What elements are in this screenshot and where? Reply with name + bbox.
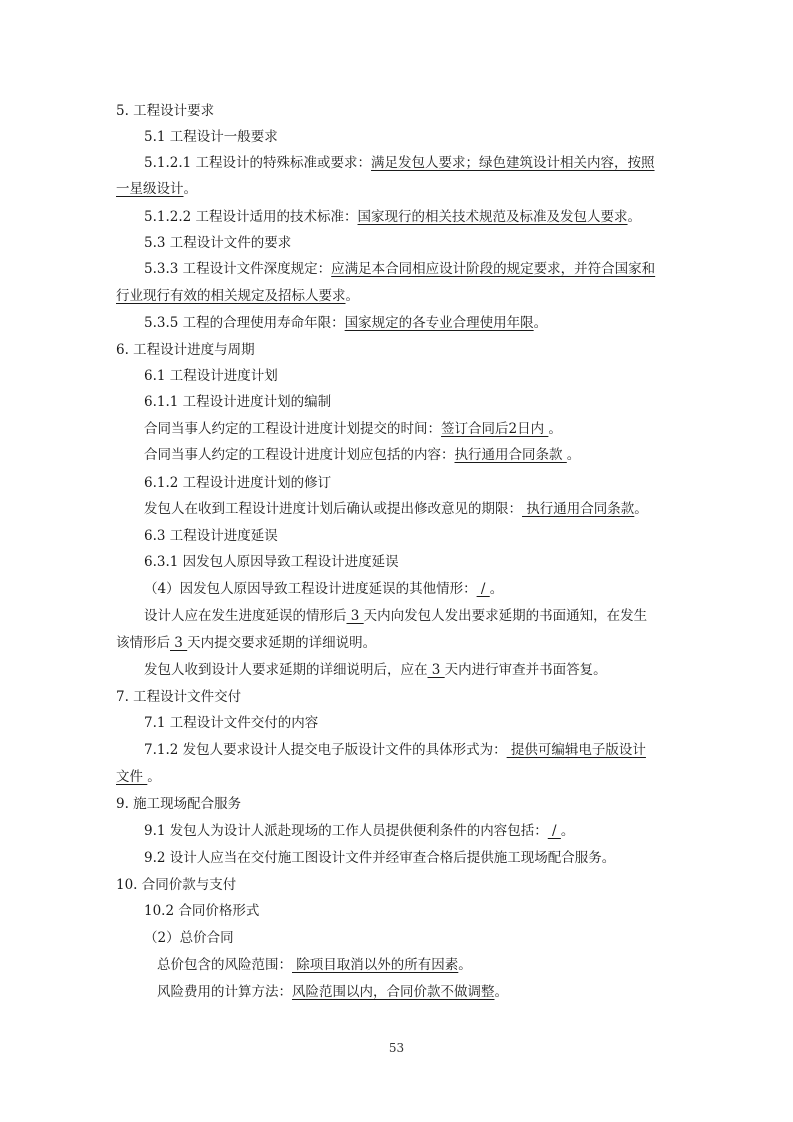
text-line: 7. 工程设计文件交付	[116, 688, 241, 706]
label-text: 6.1.1 工程设计进度计划的编制	[144, 394, 331, 410]
text-line: 一星级设计。	[116, 180, 197, 198]
label-text: 天内进行审查并书面答复。	[445, 662, 607, 678]
text-line: 合同当事人约定的工程设计进度计划提交的时间：签订合同后2日内 。	[144, 420, 562, 438]
text-line: 6.3 工程设计进度延误	[144, 527, 278, 545]
text-line: （4）因发包人原因导致工程设计进度延误的其他情形： / 。	[144, 580, 503, 598]
text-line: 发包人收到设计人要求延期的详细说明后，应在 3 天内进行审查并书面答复。	[144, 661, 607, 679]
text-line: 7.1.2 发包人要求设计人提交电子版设计文件的具体形式为： 提供可编辑电子版设…	[144, 741, 646, 759]
label-text: 7.1 工程设计文件交付的内容	[144, 715, 318, 731]
label-text: （2）总价合同	[144, 930, 234, 946]
label-text: 6.1.2 工程设计进度计划的修订	[144, 475, 331, 491]
label-text: 发包人收到设计人要求延期的详细说明后，应在	[144, 662, 428, 678]
text-line: 风险费用的计算方法：风险范围以内，合同价款不做调整。	[157, 983, 508, 1001]
label-text: 合同当事人约定的工程设计进度计划提交的时间：	[144, 421, 441, 437]
filled-value: 执行通用合同条款	[522, 501, 634, 517]
label-text: 发包人在收到工程设计进度计划后确认或提出修改意见的期限：	[144, 501, 522, 517]
label-text: 。	[147, 769, 161, 785]
label-text: 天内向发包人发出要求延期的书面通知，在发生	[364, 608, 648, 624]
text-line: 6. 工程设计进度与周期	[116, 341, 255, 359]
filled-value: 提供可编辑电子版设计	[507, 742, 646, 758]
text-line: 5. 工程设计要求	[116, 102, 214, 120]
filled-value: 风险范围以内，合同价款不做调整	[292, 984, 495, 1000]
text-line: 发包人在收到工程设计进度计划后确认或提出修改意见的期限： 执行通用合同条款。	[144, 500, 648, 518]
label-text: 9.1 发包人为设计人派赴现场的工作人员提供便利条件的内容包括：	[144, 823, 548, 839]
text-line: 该情形后 3 天内提交要求延期的详细说明。	[116, 634, 376, 652]
filled-value: 应满足本合同相应设计阶段的规定要求，并符合国家和	[331, 261, 655, 277]
label-text: 7. 工程设计文件交付	[116, 689, 241, 705]
filled-value: 3	[170, 635, 187, 651]
label-text: 。	[495, 984, 509, 1000]
text-line: 9.2 设计人应当在交付施工图设计文件并经审查合格后提供施工现场配合服务。	[144, 849, 615, 867]
filled-value: 满足发包人要求；绿色建筑设计相关内容，按照	[371, 155, 655, 171]
filled-value: 3	[428, 662, 445, 678]
label-text: 9. 施工现场配合服务	[116, 796, 241, 812]
text-line: 9.1 发包人为设计人派赴现场的工作人员提供便利条件的内容包括： / 。	[144, 822, 574, 840]
filled-value: 执行通用合同条款	[455, 447, 567, 463]
text-line: 合同当事人约定的工程设计进度计划应包括的内容：执行通用合同条款 。	[144, 446, 580, 464]
label-text: 设计人应在发生进度延误的情形后	[144, 608, 347, 624]
text-line: （2）总价合同	[144, 929, 234, 947]
text-line: 总价包含的风险范围： 除项目取消以外的所有因素。	[157, 956, 472, 974]
text-line: 5.3 工程设计文件的要求	[144, 234, 291, 252]
label-text: 6.3.1 因发包人原因导致工程设计进度延误	[144, 554, 399, 570]
label-text: 9.2 设计人应当在交付施工图设计文件并经审查合格后提供施工现场配合服务。	[144, 850, 615, 866]
filled-value: 文件	[116, 769, 147, 785]
label-text: 天内提交要求延期的详细说明。	[187, 635, 376, 651]
text-line: 5.3.3 工程设计文件深度规定：应满足本合同相应设计阶段的规定要求，并符合国家…	[144, 260, 655, 278]
text-line: 5.3.5 工程的合理使用寿命年限：国家规定的各专业合理使用年限。	[144, 314, 547, 332]
label-text: 5.3.3 工程设计文件深度规定：	[144, 261, 331, 277]
label-text: 合同当事人约定的工程设计进度计划应包括的内容：	[144, 447, 455, 463]
text-line: 5.1.2.1 工程设计的特殊标准或要求：满足发包人要求；绿色建筑设计相关内容，…	[144, 154, 655, 172]
label-text: 5. 工程设计要求	[116, 103, 214, 119]
label-text: 10.2 合同价格形式	[144, 903, 259, 919]
label-text: 。	[534, 315, 548, 331]
label-text: 。	[634, 501, 648, 517]
label-text: 。	[628, 209, 642, 225]
filled-value: 一星级设计	[116, 181, 184, 197]
filled-value: 国家现行的相关技术规范及标准及发包人要求	[358, 209, 628, 225]
label-text: 5.1.2.1 工程设计的特殊标准或要求：	[144, 155, 371, 171]
text-line: 5.1.2.2 工程设计适用的技术标准：国家现行的相关技术规范及标准及发包人要求…	[144, 208, 641, 226]
label-text: 5.1 工程设计一般要求	[144, 129, 278, 145]
filled-value: 行业现行有效的相关规定及招标人要求	[116, 288, 346, 304]
label-text: 6.1 工程设计进度计划	[144, 368, 278, 384]
text-line: 行业现行有效的相关规定及招标人要求。	[116, 287, 359, 305]
text-line: 5.1 工程设计一般要求	[144, 128, 278, 146]
label-text: 7.1.2 发包人要求设计人提交电子版设计文件的具体形式为：	[144, 742, 507, 758]
text-line: 6.1.2 工程设计进度计划的修订	[144, 474, 331, 492]
label-text: 。	[458, 957, 472, 973]
text-line: 设计人应在发生进度延误的情形后 3 天内向发包人发出要求延期的书面通知，在发生	[144, 607, 647, 625]
label-text: 。	[346, 288, 360, 304]
text-line: 7.1 工程设计文件交付的内容	[144, 714, 318, 732]
filled-value: /	[477, 581, 490, 597]
label-text: 。	[490, 581, 504, 597]
label-text: 该情形后	[116, 635, 170, 651]
label-text: （4）因发包人原因导致工程设计进度延误的其他情形：	[144, 581, 477, 597]
text-line: 10.2 合同价格形式	[144, 902, 259, 920]
label-text: 6. 工程设计进度与周期	[116, 342, 255, 358]
page-number: 53	[0, 1041, 793, 1055]
label-text: 。	[184, 181, 198, 197]
label-text: 总价包含的风险范围：	[157, 957, 292, 973]
label-text: 。	[548, 421, 562, 437]
filled-value: 国家规定的各专业合理使用年限	[345, 315, 534, 331]
text-line: 文件 。	[116, 768, 161, 786]
label-text: 6.3 工程设计进度延误	[144, 528, 278, 544]
label-text: 5.1.2.2 工程设计适用的技术标准：	[144, 209, 358, 225]
filled-value: 签订合同后2日内	[441, 421, 548, 437]
label-text: 5.3 工程设计文件的要求	[144, 235, 291, 251]
text-line: 6.1 工程设计进度计划	[144, 367, 278, 385]
label-text: 。	[567, 447, 581, 463]
text-line: 6.3.1 因发包人原因导致工程设计进度延误	[144, 553, 399, 571]
filled-value: /	[548, 823, 561, 839]
filled-value: 3	[347, 608, 364, 624]
filled-value: 除项目取消以外的所有因素	[292, 957, 458, 973]
label-text: 5.3.5 工程的合理使用寿命年限：	[144, 315, 345, 331]
label-text: 风险费用的计算方法：	[157, 984, 292, 1000]
text-line: 10. 合同价款与支付	[116, 876, 236, 894]
label-text: 。	[561, 823, 575, 839]
text-line: 9. 施工现场配合服务	[116, 795, 241, 813]
text-line: 6.1.1 工程设计进度计划的编制	[144, 393, 331, 411]
label-text: 10. 合同价款与支付	[116, 877, 236, 893]
